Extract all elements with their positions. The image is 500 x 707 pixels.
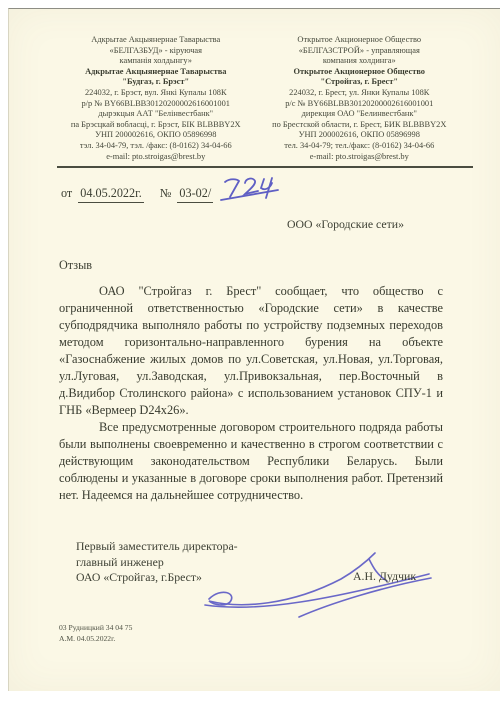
letterhead-account: р/р № BY66BLBB30120200002616001001 <box>54 99 258 110</box>
letterhead-line: Открытое Акционерное Общество <box>258 35 462 46</box>
body-paragraph: Все предусмотренные договором строительн… <box>59 419 443 504</box>
letterhead-bank: па Брэсцкай вобласці, г. Брэст, БІК BLBB… <box>54 120 258 131</box>
letterhead-company-name: Открытое Акционерное Общество <box>258 67 462 78</box>
executor-note: 03 Рудницкий 34 04 75 А.М. 04.05.2022г. <box>59 623 132 644</box>
letterhead-line: «БЕЛГАЗБУД» - кіруючая <box>54 46 258 57</box>
letterhead-company-name: "Будгаз, г. Брэст" <box>54 77 258 88</box>
letterhead-line: Адкрытае Акцыянернае Таварыства <box>54 35 258 46</box>
letter-page: Адкрытае Акцыянернае Таварыства «БЕЛГАЗБ… <box>8 8 500 691</box>
body-paragraph: ОАО "Стройгаз г. Брест" сообщает, что об… <box>59 283 443 419</box>
signature-ink <box>201 547 433 621</box>
letterhead-line: «БЕЛГАЗСТРОЙ» - управляющая <box>258 46 462 57</box>
letterhead-belarusian: Адкрытае Акцыянернае Таварыства «БЕЛГАЗБ… <box>54 35 258 162</box>
letterhead-email: e-mail: pto.stroigas@brest.by <box>54 152 258 163</box>
letterhead-email: e-mail: pto.stroigas@brest.by <box>258 152 462 163</box>
letterhead-russian: Открытое Акционерное Общество «БЕЛГАЗСТР… <box>258 35 462 162</box>
letterhead-line: компания холдинга» <box>258 56 462 67</box>
reference-number-prefix: 03-02/ <box>177 186 213 203</box>
letterhead-company-name: "Стройгаз, г. Брест" <box>258 77 462 88</box>
signer-name: А.Н. Дудчик <box>353 569 416 584</box>
letterhead-bank: дирекция ОАО "Белинвестбанк" <box>258 109 462 120</box>
letterhead-ids: УНП 200002616, ОКПО 05896998 <box>258 130 462 141</box>
letterhead-address: 224032, г. Брэст, вул. Янкі Купалы 108К <box>54 88 258 99</box>
handwritten-number-strokes <box>219 175 281 201</box>
reference-number-label: № <box>160 186 172 201</box>
subject-heading: Отзыв <box>59 258 500 273</box>
letterhead-bank: дырэкцыя ААТ "Белінвестбанк" <box>54 109 258 120</box>
letterhead-divider <box>57 166 473 168</box>
reference-from-label: от <box>61 186 72 201</box>
letterhead-account: р/с № BY66BLBB30120200002616001001 <box>258 99 462 110</box>
letterhead-phone: тэл. 34-04-79, тэл. /факс: (8-0162) 34-0… <box>54 141 258 152</box>
letterhead-ids: УНП 200002616, ОКПО 05896998 <box>54 130 258 141</box>
signature-block: Первый заместитель директора- главный ин… <box>9 539 500 623</box>
letterhead-address: 224032, г. Брест, ул. Янки Купалы 108К <box>258 88 462 99</box>
letterhead-bank: по Брестской области, г. Брест, БИК BLBB… <box>258 120 462 131</box>
letterhead: Адкрытае Акцыянернае Таварыства «БЕЛГАЗБ… <box>9 9 500 162</box>
letterhead-line: кампанія холдынгу» <box>54 56 258 67</box>
letterhead-phone: тел. 34-04-79; тел./факс: (8-0162) 34-04… <box>258 141 462 152</box>
reference-date: 04.05.2022г. <box>78 186 144 203</box>
executor-line: 03 Рудницкий 34 04 75 <box>59 623 132 634</box>
executor-date: А.М. 04.05.2022г. <box>59 634 132 645</box>
signature-scrawl <box>201 547 433 621</box>
recipient: ООО «Городские сети» <box>287 217 500 232</box>
letterhead-company-name: Адкрытае Акцыянернае Таварыства <box>54 67 258 78</box>
reference-line: от 04.05.2022г. № 03-02/ <box>61 171 500 203</box>
handwritten-number <box>219 175 281 201</box>
